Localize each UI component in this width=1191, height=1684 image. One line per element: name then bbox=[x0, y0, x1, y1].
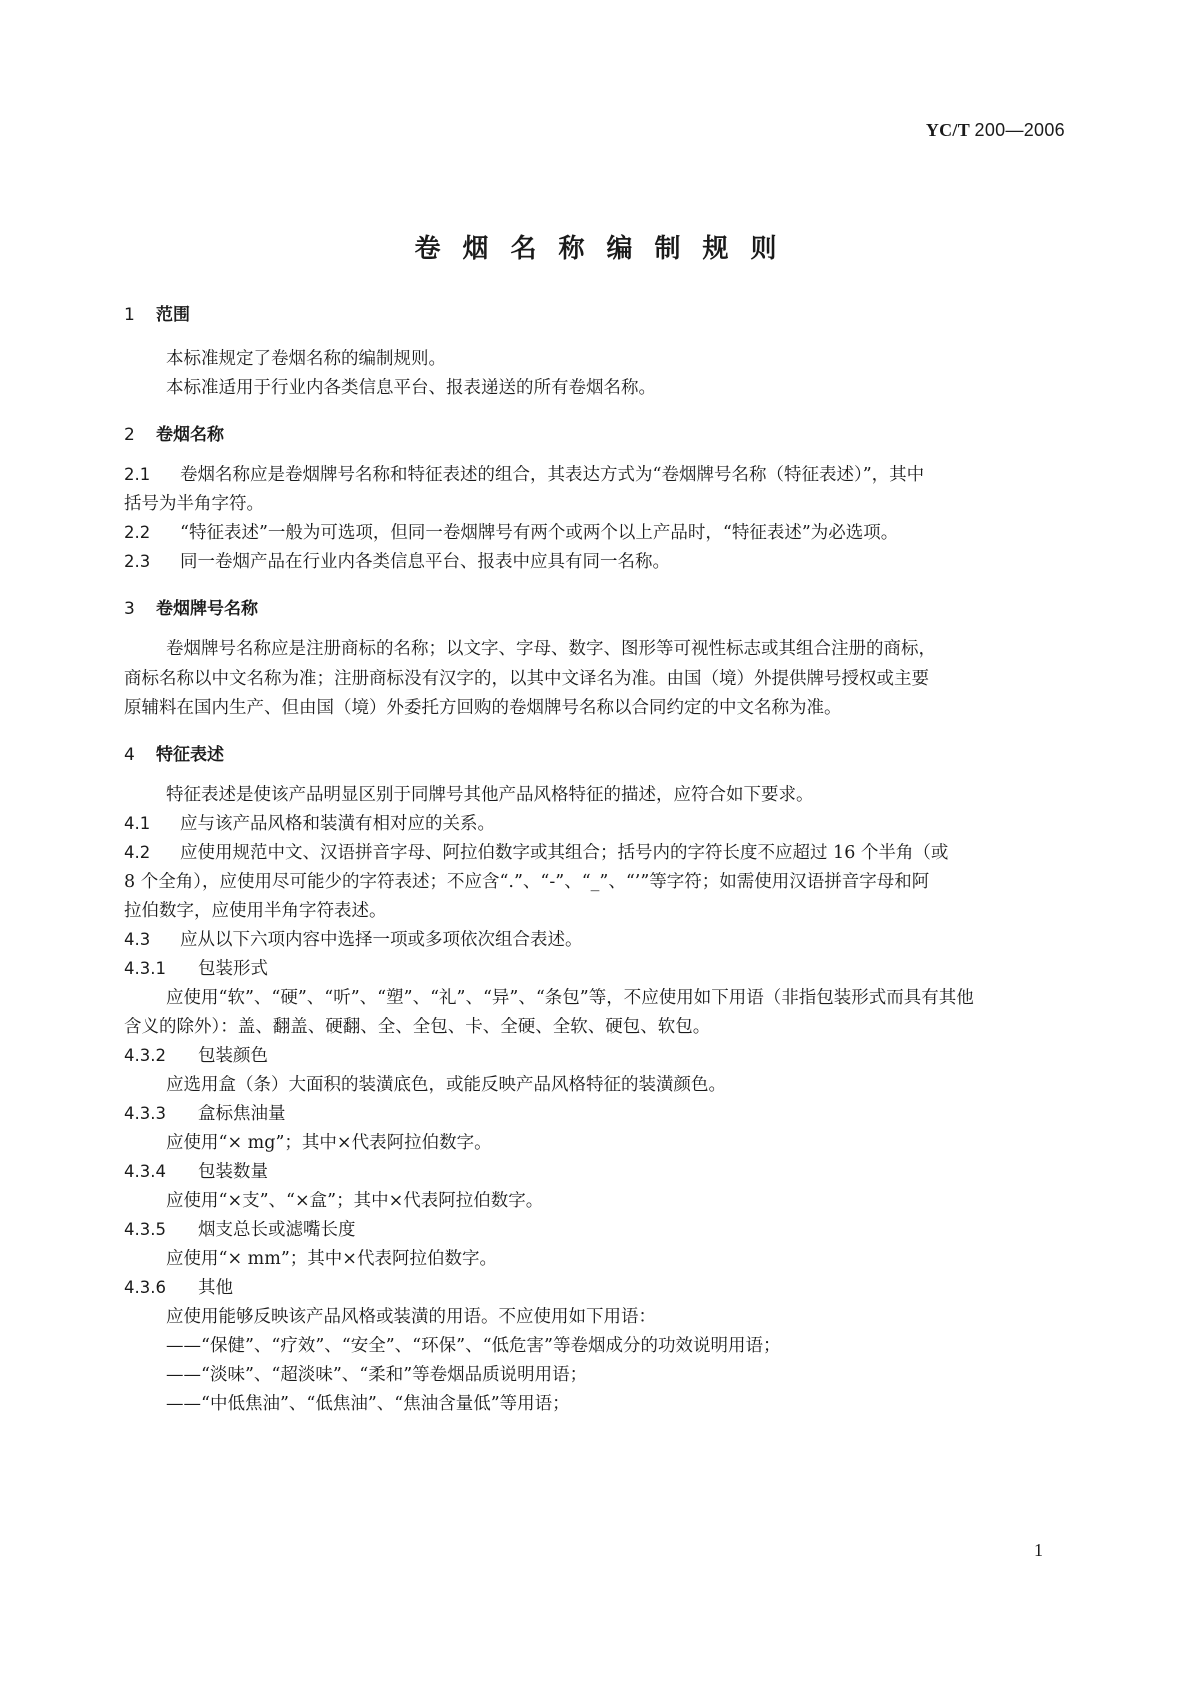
clause-2-1: 2.1卷烟名称应是卷烟牌号名称和特征表述的组合，其表达方式为“卷烟牌号名称（特征… bbox=[124, 462, 924, 488]
dash-list-item: ——“中低焦油”、“低焦油”、“焦油含量低”等用语； bbox=[166, 1391, 570, 1417]
clause-4-3-3-heading: 4.3.3盒标焦油量 bbox=[124, 1101, 286, 1127]
section-3-heading: 3卷烟牌号名称 bbox=[124, 596, 258, 622]
paragraph: 应使用“×支”、“×盒”；其中×代表阿拉伯数字。 bbox=[166, 1188, 543, 1214]
clause-4-2-cont: 8 个全角），应使用尽可能少的字符表述；不应含“.”、“-”、“_”、“’”等字… bbox=[124, 869, 929, 895]
clause-4-3-1-heading: 4.3.1包装形式 bbox=[124, 956, 268, 982]
clause-2-3: 2.3同一卷烟产品在行业内各类信息平台、报表中应具有同一名称。 bbox=[124, 549, 670, 575]
paragraph-cont: 含义的除外）：盖、翻盖、硬翻、全、全包、卡、全硬、全软、硬包、软包。 bbox=[124, 1014, 710, 1040]
clause-4-3-5-heading: 4.3.5烟支总长或滤嘴长度 bbox=[124, 1217, 356, 1243]
paragraph: 本标准适用于行业内各类信息平台、报表递送的所有卷烟名称。 bbox=[166, 375, 656, 401]
paragraph: 应使用“× mm”；其中×代表阿拉伯数字。 bbox=[166, 1246, 497, 1272]
paragraph: 应使用能够反映该产品风格或装潢的用语。不应使用如下用语： bbox=[166, 1304, 656, 1330]
clause-4-3-2-heading: 4.3.2包装颜色 bbox=[124, 1043, 268, 1069]
paragraph-cont: 商标名称以中文名称为准；注册商标没有汉字的，以其中文译名为准。由国（境）外提供牌… bbox=[124, 666, 929, 692]
paragraph: 应使用“× mg”；其中×代表阿拉伯数字。 bbox=[166, 1130, 492, 1156]
paragraph: 特征表述是使该产品明显区别于同牌号其他产品风格特征的描述，应符合如下要求。 bbox=[166, 782, 814, 808]
paragraph: 应使用“软”、“硬”、“听”、“塑”、“礼”、“异”、“条包”等，不应使用如下用… bbox=[166, 985, 974, 1011]
paragraph: 应选用盒（条）大面积的装潢底色，或能反映产品风格特征的装潢颜色。 bbox=[166, 1072, 726, 1098]
clause-4-3-4-heading: 4.3.4包装数量 bbox=[124, 1159, 268, 1185]
standard-code-number: 200—2006 bbox=[975, 120, 1065, 140]
clause-4-2-cont: 拉伯数字，应使用半角字符表述。 bbox=[124, 898, 387, 924]
clause-4-3: 4.3应从以下六项内容中选择一项或多项依次组合表述。 bbox=[124, 927, 583, 953]
paragraph: 本标准规定了卷烟名称的编制规则。 bbox=[166, 346, 446, 372]
clause-4-2: 4.2应使用规范中文、汉语拼音字母、阿拉伯数字或其组合；括号内的字符长度不应超过… bbox=[124, 840, 948, 866]
clause-2-1-cont: 括号为半角字符。 bbox=[124, 491, 264, 517]
clause-4-1: 4.1应与该产品风格和装潢有相对应的关系。 bbox=[124, 811, 495, 837]
page-number: 1 bbox=[1034, 1540, 1043, 1561]
paragraph-cont: 原辅料在国内生产、但由国（境）外委托方回购的卷烟牌号名称以合同约定的中文名称为准… bbox=[124, 695, 842, 721]
standard-code: YC/T 200—2006 bbox=[926, 120, 1065, 141]
section-2-heading: 2卷烟名称 bbox=[124, 422, 224, 448]
clause-2-2: 2.2“特征表述”一般为可选项，但同一卷烟牌号有两个或两个以上产品时，“特征表述… bbox=[124, 520, 898, 546]
paragraph: 卷烟牌号名称应是注册商标的名称；以文字、字母、数字、图形等可视性标志或其组合注册… bbox=[166, 636, 936, 662]
document-title: 卷烟名称编制规则 bbox=[0, 228, 1191, 265]
section-4-heading: 4特征表述 bbox=[124, 742, 224, 768]
section-1-heading: 1范围 bbox=[124, 302, 190, 328]
standard-code-prefix: YC/T bbox=[926, 120, 970, 140]
dash-list-item: ——“保健”、“疗效”、“安全”、“环保”、“低危害”等卷烟成分的功效说明用语； bbox=[166, 1333, 780, 1359]
clause-4-3-6-heading: 4.3.6其他 bbox=[124, 1275, 233, 1301]
dash-list-item: ——“淡味”、“超淡味”、“柔和”等卷烟品质说明用语； bbox=[166, 1362, 587, 1388]
